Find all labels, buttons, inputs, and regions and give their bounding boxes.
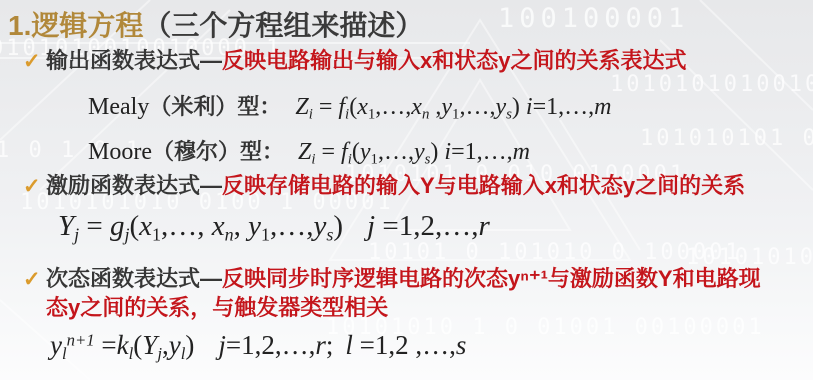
moore-label-zh: （穆尔）型：: [152, 139, 284, 164]
bullet-label: 次态函数表达式—: [46, 266, 222, 291]
next-state-equation-math: yln+1 =kl(Yj,yl)j=1,2,…,r;l =1,2 ,…,s: [50, 330, 466, 360]
bullet-highlight: 反映存储电路的输入Y与电路输入x和状态y之间的关系: [222, 173, 745, 198]
excitation-equation: Yj = gj(x1,…, xn, y1,…,ys)j =1,2,…,r: [58, 210, 490, 245]
mealy-equation-row: Mealy（米利）型：Zi = fi(x1,…,xn ,y1,…,ys) i=1…: [88, 90, 611, 123]
check-icon: ✓: [23, 265, 41, 294]
mealy-label-en: Mealy: [88, 94, 149, 120]
title-paren-part: （三个方程组来描述）: [143, 10, 423, 41]
mealy-label-zh: （米利）型：: [149, 94, 281, 119]
excitation-equation-math: Yj = gj(x1,…, xn, y1,…,ys)j =1,2,…,r: [58, 210, 490, 242]
binary-watermark: 101010101 0 0: [640, 126, 813, 151]
page-title: 1.逻辑方程（三个方程组来描述）: [8, 4, 423, 44]
title-number-part: 1.逻辑方程: [8, 10, 143, 41]
bullet-next-state-function: ✓ 次态函数表达式—反映同步时序逻辑电路的次态yⁿ⁺¹与激励函数Y和电路现 态y…: [0, 264, 813, 322]
check-icon: ✓: [23, 47, 41, 76]
bullet-highlight: 反映电路输出与输入x和状态y之间的关系表达式: [222, 48, 686, 73]
bullet-label: 激励函数表达式—: [46, 173, 222, 198]
check-icon: ✓: [23, 172, 41, 201]
next-state-equation: yln+1 =kl(Yj,yl)j=1,2,…,r;l =1,2 ,…,s: [50, 330, 466, 364]
mealy-equation: Zi = fi(x1,…,xn ,y1,…,ys) i=1,…,m: [295, 94, 611, 120]
bullet-label: 输出函数表达式—: [46, 48, 222, 73]
bullet-highlight: 反映同步时序逻辑电路的次态yⁿ⁺¹与激励函数Y和电路现: [222, 266, 761, 291]
moore-label-en: Moore: [88, 139, 152, 165]
binary-watermark: 10101010100100 1000: [610, 72, 813, 97]
slide-root: 100100001 0101010010010000 1 10101010100…: [0, 0, 813, 380]
bullet-output-function: ✓ 输出函数表达式—反映电路输出与输入x和状态y之间的关系表达式: [0, 46, 813, 75]
bullet-highlight-line2: 态y之间的关系，与触发器类型相关: [46, 295, 388, 320]
bullet-excitation-function: ✓ 激励函数表达式—反映存储电路的输入Y与电路输入x和状态y之间的关系: [0, 171, 813, 200]
moore-equation: Zi = fi(y1,…,ys) i=1,…,m: [298, 139, 530, 165]
binary-watermark: 100100001: [498, 3, 689, 34]
moore-equation-row: Moore（穆尔）型：Zi = fi(y1,…,ys) i=1,…,m: [88, 135, 530, 168]
